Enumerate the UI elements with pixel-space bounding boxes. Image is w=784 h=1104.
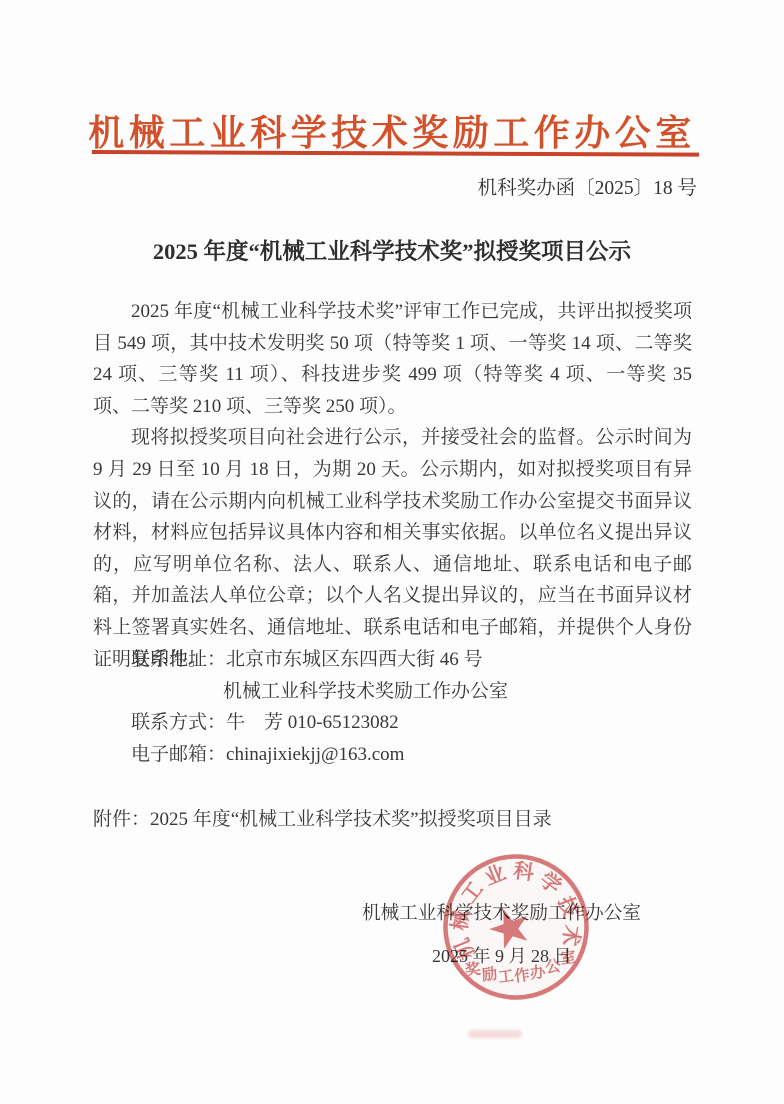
contact-address-label: 联系地址： bbox=[131, 649, 226, 670]
body-paragraph-2: 现将拟授奖项目向社会进行公示，并接受社会的监督。公示时间为 9 月 29 日至 … bbox=[93, 422, 692, 675]
ink-smudge bbox=[468, 1030, 522, 1038]
contact-address-org: 机械工业科学技术奖励工作办公室 bbox=[93, 676, 692, 708]
document-page: 机械工业科学技术奖励工作办公室 机科奖办函〔2025〕18 号 2025 年度“… bbox=[0, 0, 784, 1104]
contact-address-value: 北京市东城区东四西大街 46 号 bbox=[226, 649, 483, 670]
document-body: 2025 年度“机械工业科学技术奖”评审工作已完成，共评出拟授奖项目 549 项… bbox=[93, 296, 692, 675]
contact-email-line: 电子邮箱：chinajixiekjj@163.com bbox=[93, 739, 692, 771]
attachment-line: 附件：2025 年度“机械工业科学技术奖”拟授奖项目目录 bbox=[93, 804, 552, 831]
seal-ring-char: 科 bbox=[512, 858, 536, 885]
contact-block: 联系地址：北京市东城区东四西大街 46 号 机械工业科学技术奖励工作办公室 联系… bbox=[93, 644, 692, 770]
doc-title: 2025 年度“机械工业科学技术奖”拟授奖项目公示 bbox=[0, 234, 784, 266]
contact-email-value: chinajixiekjj@163.com bbox=[226, 744, 404, 765]
contact-phone-value: 牛 芳 010-65123082 bbox=[226, 712, 399, 733]
seal-ring bbox=[437, 848, 594, 1005]
contact-phone-line: 联系方式：牛 芳 010-65123082 bbox=[93, 707, 692, 739]
seal-bottom-char: 工 bbox=[497, 968, 515, 987]
signature-org: 机械工业科学技术奖励工作办公室 bbox=[362, 899, 641, 925]
official-seal: 机 械 工 业 科 学 技 术 奖 励 工 作 办 公 室 bbox=[428, 839, 604, 1015]
contact-email-label: 电子邮箱： bbox=[131, 744, 226, 765]
doc-number: 机科奖办函〔2025〕18 号 bbox=[478, 172, 697, 200]
contact-address-line: 联系地址：北京市东城区东四西大街 46 号 bbox=[93, 644, 692, 676]
seal-ring-char: 业 bbox=[481, 861, 509, 890]
signature-date: 2025 年 9 月 28 日 bbox=[432, 942, 572, 968]
letterhead-title: 机械工业科学技术奖励工作办公室 bbox=[0, 105, 784, 156]
body-paragraph-1: 2025 年度“机械工业科学技术奖”评审工作已完成，共评出拟授奖项目 549 项… bbox=[93, 296, 692, 422]
contact-phone-label: 联系方式： bbox=[131, 712, 226, 733]
seal-ring-char: 学 bbox=[535, 867, 566, 899]
